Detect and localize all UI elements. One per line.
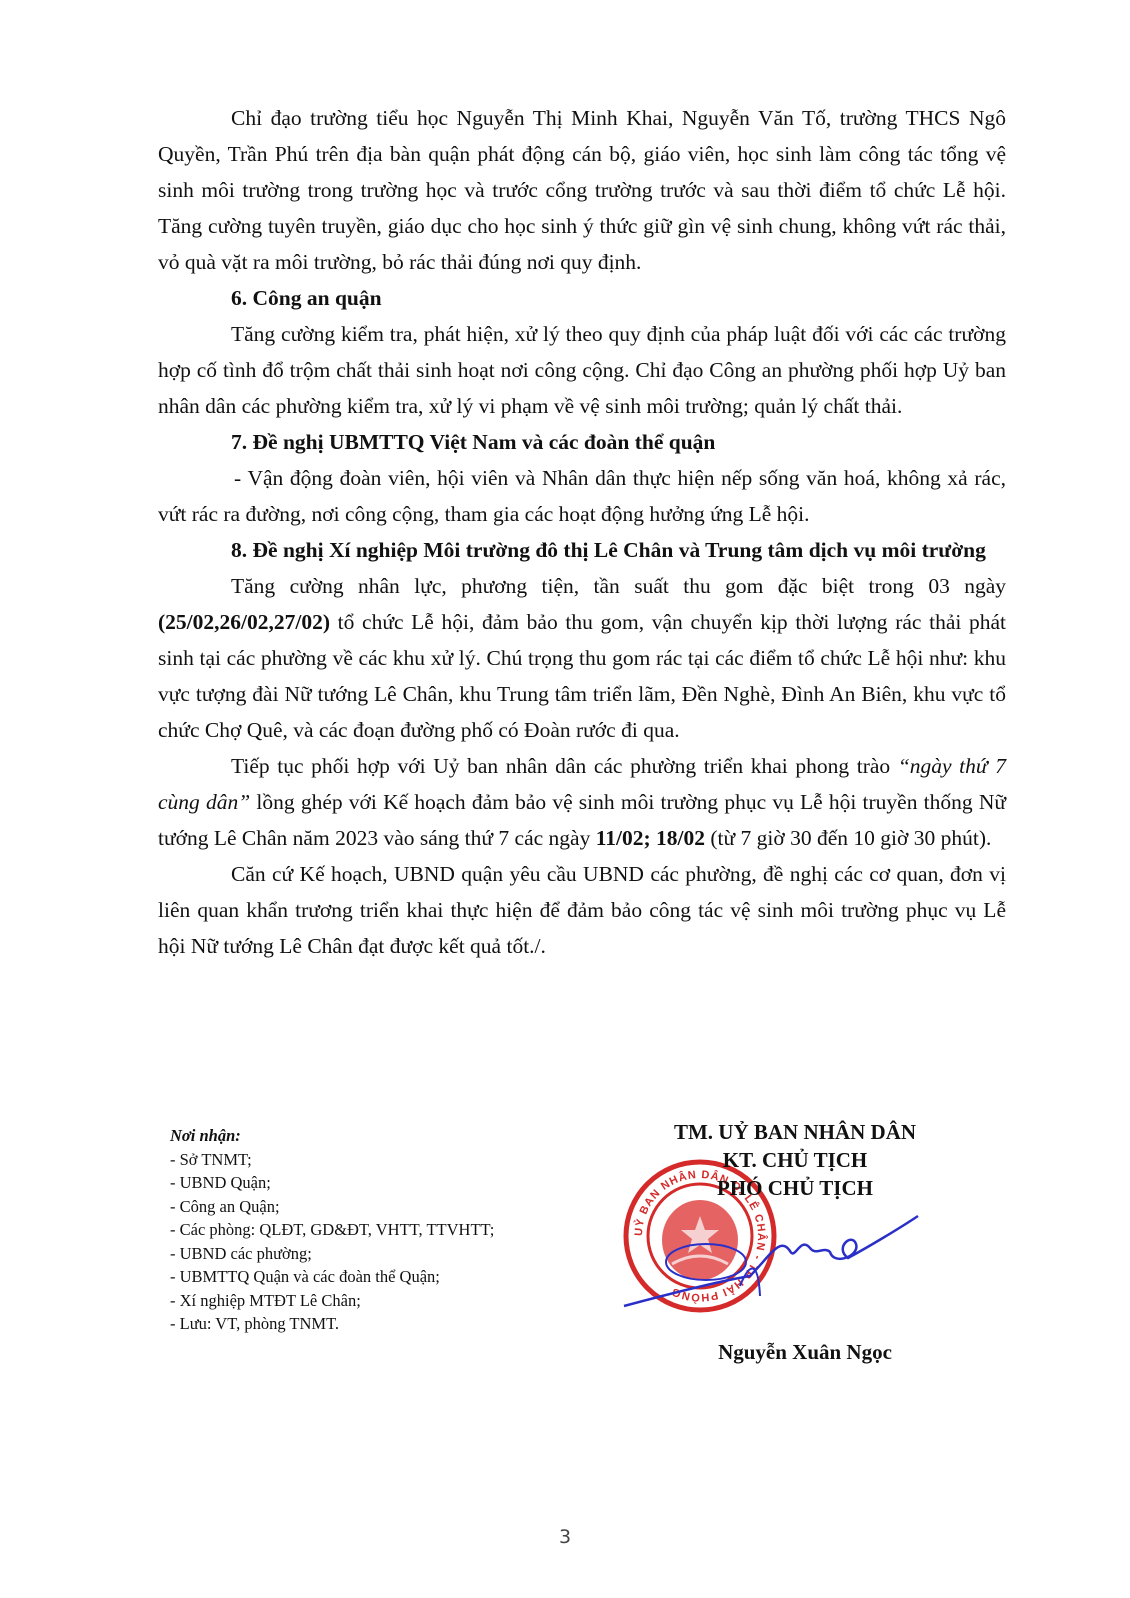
recipients-title: Nơi nhận: (170, 1124, 510, 1148)
saturday-dates: 11/02; 18/02 (596, 826, 705, 850)
page-number: 3 (0, 1526, 1130, 1548)
heading-ubmttq: 7. Đề nghị UBMTTQ Việt Nam và các đoàn t… (158, 424, 1006, 460)
signer-name: Nguyễn Xuân Ngọc (700, 1340, 910, 1365)
document-body: Chỉ đạo trường tiểu học Nguyễn Thị Minh … (158, 100, 1006, 964)
recipient-item: - UBND các phường; (170, 1242, 510, 1266)
recipient-item: - Công an Quận; (170, 1195, 510, 1219)
paragraph-ubmttq: - Vận động đoàn viên, hội viên và Nhân d… (158, 460, 1006, 532)
recipient-item: - Các phòng: QLĐT, GD&ĐT, VHTT, TTVHTT; (170, 1218, 510, 1242)
paragraph-police: Tăng cường kiểm tra, phát hiện, xử lý th… (158, 316, 1006, 424)
document-page: Chỉ đạo trường tiểu học Nguyễn Thị Minh … (0, 0, 1130, 1598)
signature-line-3: PHÓ CHỦ TỊCH (610, 1174, 980, 1202)
text-run: Tăng cường nhân lực, phương tiện, tần su… (231, 574, 1006, 598)
recipient-item: - Sở TNMT; (170, 1148, 510, 1172)
festival-dates: (25/02,26/02,27/02) (158, 610, 330, 634)
signature-line-1: TM. UỶ BAN NHÂN DÂN (610, 1118, 980, 1146)
recipient-item: - Lưu: VT, phòng TNMT. (170, 1312, 510, 1336)
recipient-item: - UBND Quận; (170, 1171, 510, 1195)
recipients-list: Nơi nhận: - Sở TNMT; - UBND Quận; - Công… (170, 1124, 510, 1336)
signature-line-2: KT. CHỦ TỊCH (610, 1146, 980, 1174)
signature-block: TM. UỶ BAN NHÂN DÂN KT. CHỦ TỊCH PHÓ CHỦ… (610, 1118, 980, 1202)
signature-icon (620, 1196, 920, 1316)
text-run: Tiếp tục phối hợp với Uỷ ban nhân dân cá… (231, 754, 898, 778)
heading-police: 6. Công an quận (158, 280, 1006, 316)
paragraph-enterprise-collection: Tăng cường nhân lực, phương tiện, tần su… (158, 568, 1006, 748)
heading-enterprise: 8. Đề nghị Xí nghiệp Môi trường đô thị L… (158, 532, 1006, 568)
recipient-item: - UBMTTQ Quận và các đoàn thể Quận; (170, 1265, 510, 1289)
paragraph-saturday-campaign: Tiếp tục phối hợp với Uỷ ban nhân dân cá… (158, 748, 1006, 856)
paragraph-schools: Chỉ đạo trường tiểu học Nguyễn Thị Minh … (158, 100, 1006, 280)
text-run: (từ 7 giờ 30 đến 10 giờ 30 phút). (705, 826, 991, 850)
paragraph-conclusion: Căn cứ Kế hoạch, UBND quận yêu cầu UBND … (158, 856, 1006, 964)
recipient-item: - Xí nghiệp MTĐT Lê Chân; (170, 1289, 510, 1313)
